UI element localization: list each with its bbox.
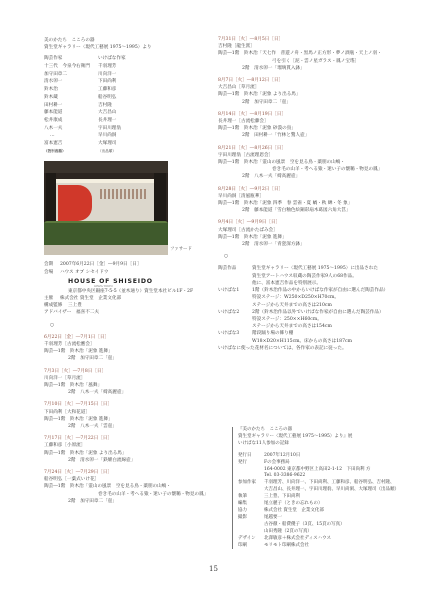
colophon-value: 尾立麗子（ときの忘れもの） [264, 501, 408, 508]
colophon-row-photography: 撮影 尾越要一 古谷徹・船費優子（3頁、15頁の写真） 山田秀隆（2頁の写真） [238, 515, 408, 536]
exhibition-title: 美のかたち こころの器 [44, 37, 209, 44]
colophon-line: 尾越要一 [264, 515, 408, 522]
supervisor-value: 三上豊 [68, 302, 209, 309]
facade-photo [44, 161, 168, 255]
note-line: 特設ステージ：W250×D250×H70cm。 [252, 294, 398, 301]
supervisor-row: 構成監修 三上豊 [44, 302, 209, 309]
schedule-floor2: 2階 加守田章二「壺」 [218, 99, 398, 106]
schedule-date: 8月28日［火］―9月2日［日］ [218, 186, 398, 193]
colophon-line: 古谷徹・船費優子（3頁、15頁の写真） [264, 522, 408, 529]
ceramic-artist: 八木一夫 [44, 125, 98, 133]
colophon-label: 発行 [238, 460, 264, 481]
schedule-artist: 長井理一［古流松藤会］ [218, 118, 398, 125]
photo-floor [44, 245, 168, 255]
supervisor-label: 構成監修 [44, 302, 68, 309]
schedule-floor2: 2階 八木一夫「綺高麗壺」 [218, 173, 398, 180]
colophon-value: 千羽理芳、川向洋一、下田尚利、工藤和彦、船谷明弘、吉村隆、 大吉昌山、長井理一、… [264, 480, 408, 494]
note-line: 1階（鈴木治作品の中からいけばな作家が自由に選んだ陶芸作品） [252, 287, 398, 294]
schedule-date: 7月24日［火］―7月29日［日］ [44, 469, 209, 476]
artist-list: 陶芸作家 いけばな作家 十三代 今泉今右衛門 千羽理芳 加守田章二 川向洋一 清… [44, 55, 209, 155]
schedule-artist: 宇田川理翁［古流理恩会］ [218, 152, 398, 159]
note-line: ステージから天井までの高さは154cm [252, 323, 398, 330]
colophon-title: 資生堂ギャラリー〈現代工藝展 1975〜1995〉より』展 [238, 434, 408, 441]
schedule-floor1: 陶芸―1階 鈴木治「霊山の風景 空を見る鳥・薬朋の山嶋・ [44, 483, 209, 490]
schedule-floor1: 陶芸―1階 鈴木治「泥象 より出る馬」 [44, 450, 209, 457]
note-line: 階段踊り場の飾り棚 [252, 330, 398, 337]
schedule-artist: 千羽理芳［古流松應会］ [44, 341, 209, 348]
ikebana-artist: 吉村隆 [98, 102, 158, 110]
ikebana-artist: 下田尚利 [98, 78, 158, 86]
venue-value: ハウス オブ シセイドウ [60, 269, 209, 276]
colophon-value: Fの会事務局 164-0002 東京都中野区上高田2-1-12 下田尚利 方 T… [264, 460, 408, 481]
note-line: 資生堂アートハウス収蔵の陶芸作家9人の68作品。 [252, 273, 398, 280]
colophon-line: 山田秀隆（2頁の写真） [264, 529, 408, 536]
photo-red-panel [58, 185, 92, 221]
schedule-artist: 船谷明弘［一葉式いけ花］ [44, 476, 209, 483]
ikebana-artist: 千羽理芳 [98, 63, 158, 71]
schedule-floor2: 2階 田村耕一「竹林と鷺人壺」 [218, 132, 398, 139]
photo-caption: ファサード [170, 246, 192, 252]
schedule-floor2: 2階 清水卯一「青瓷深方鉢」 [218, 241, 398, 248]
note-line: 資生堂ギャラリー〈現代工藝展 1975〜1995〉に出品された [252, 265, 398, 272]
ceramic-artist: 田村耕一 [44, 102, 98, 110]
colophon: 『美のかたち こころの器 資生堂ギャラリー〈現代工藝展 1975〜1995〉より… [232, 427, 408, 549]
note-ikebana-1: いけばな1 1階（鈴木治作品の中からいけばな作家が自由に選んだ陶芸作品） 特設ス… [218, 287, 398, 309]
ceramic-artist: 鈴木蔵 [44, 94, 98, 102]
ikebana-artist: 工藤和彦 [98, 86, 158, 94]
section-divider-circle: ○ [44, 322, 209, 329]
colophon-label: 印刷 [238, 543, 264, 550]
schedule-floor2: 2階 清水卯一「瑠璃貫入鉢」 [218, 65, 398, 72]
schedule-floor1: 陶芸―1階 鈴木治「泥象 四季 春 雲雀・夏 蝸・秋 蝉・冬 象」 [218, 200, 398, 207]
schedule-date: 8月14日［火］―8月19日［日］ [218, 111, 398, 118]
schedule-floor1: 陶芸―1階 鈴木治「泥象 砂漠の鳥」 [218, 125, 398, 132]
ikebana-artist: 大吉昌山 [98, 109, 158, 117]
schedule-floor2: 2階 加守田章二「壺」 [44, 355, 209, 362]
ceramic-artist: 十三代 今泉今右衛門 [44, 63, 98, 71]
schedule-entry: 7月10日［火］―7月15日［日］ 下田尚利［大和花道］ 陶芸―1階 鈴木治「泥… [44, 401, 209, 430]
schedule-artist: 下田尚利［大和花道］ [44, 409, 209, 416]
colophon-label: 発行日 [238, 453, 264, 460]
note-line: 他に、富本憲吉作品を特別展示。 [252, 280, 398, 287]
exhibition-subtitle: 資生堂ギャラリー〈現代工藝展 1975〜1995〉より [44, 44, 209, 51]
note-line: ステージから天井までの高さは210cm [252, 302, 398, 309]
colophon-row-design: デザイン 北澤敏彦＋株式会社ディスハウス [238, 536, 408, 543]
colophon-title: 『美のかたち こころの器 [238, 427, 408, 434]
ceramic-artist-special: 富本憲吉（特別出品） [44, 140, 98, 148]
note-line: W18×D20×H115cm。床からの高さは187cm [252, 338, 398, 345]
schedule-entry: 7月3日［火］―7月8日［日］ 川向洋一［草月流］ 陶芸―1階 鈴木治「風舞」 … [44, 368, 209, 397]
ceramic-artist: 松井康成 [44, 117, 98, 125]
footnote: いけばなに使った花材名については、各作家の表記に従った。 [218, 345, 398, 352]
note-text: 資生堂ギャラリー〈現代工藝展 1975〜1995〉に出品された 資生堂アートハウ… [252, 265, 398, 287]
colophon-value: 尾越要一 古谷徹・船費優子（3頁、15頁の写真） 山田秀隆（2頁の写真） [264, 515, 408, 536]
colophon-row-artists: 参加作家 千羽理芳、川向洋一、下田尚利、工藤和彦、船谷明弘、吉村隆、 大吉昌山、… [238, 480, 408, 494]
schedule-artist: 吉村隆［龍生派］ [218, 43, 398, 50]
ceramic-artist: 鈴木治 [44, 86, 98, 94]
ikebana-artist: 長井理一 [98, 117, 158, 125]
left-column: 美のかたち こころの器 資生堂ギャラリー〈現代工藝展 1975〜1995〉より … [44, 37, 209, 505]
period-value: 2007年6月22日［金］―9月9日［日］ [60, 261, 209, 268]
ellipsis: … [44, 132, 98, 140]
colophon-row-editing: 編集 尾立麗子（ときの忘れもの） [238, 501, 408, 508]
venue-row: 会場 ハウス オブ シセイドウ [44, 269, 209, 276]
ceramic-artist: 清水卯一 [44, 78, 98, 86]
period-row: 会期 2007年6月22日［金］―9月9日［日］ [44, 261, 209, 268]
schedule-entry: 7月24日［火］―7月29日［日］ 船谷明弘［一葉式いけ花］ 陶芸―1階 鈴木治… [44, 469, 209, 505]
note-label: 陶芸作品 [218, 265, 252, 287]
colophon-row-publisher: 発行 Fの会事務局 164-0002 東京都中野区上高田2-1-12 下田尚利 … [238, 460, 408, 481]
colophon-value: モリモト印刷株式会社 [264, 543, 408, 550]
colophon-value: 北澤敏彦＋株式会社ディスハウス [264, 536, 408, 543]
colophon-row-cooperation: 協力 株式会社 資生堂 企業文化部 [238, 508, 408, 515]
schedule-floor1: 陶芸―1階 鈴木治「泥象 進舞」 [44, 348, 209, 355]
schedule-floor2: 2階 八木一夫「綺高麗壺」 [44, 389, 209, 396]
schedule-floor2: 2階 藤本能道「雪白釉色絵銅彩扇木葛図六角大筥」 [218, 207, 398, 214]
note-ikebana-2: いけばな2 2階（鈴木治作品以外でいけばな作家が自由に選んだ陶芸作品） 特設ステ… [218, 309, 398, 331]
ceramic-order-note: （五十音順） [44, 148, 98, 156]
organizer-value: 株式会社 資生堂 企業文化部 [60, 295, 209, 302]
ceramic-header: 陶芸作家 [44, 55, 98, 63]
ikebana-artist: 宇田川理翁 [98, 125, 158, 133]
colophon-line: Fの会事務局 [264, 460, 408, 467]
colophon-row-date: 発行日 2007年12月10日 [238, 453, 408, 460]
schedule-artist: 工藤和彦［小原流］ [44, 442, 209, 449]
ceramic-artist: 加守田章二 [44, 71, 98, 79]
colophon-title: いけばな11人参加の記録 [238, 441, 408, 448]
schedule-date: 7月17日［火］―7月22日［日］ [44, 435, 209, 442]
schedule-entry: 9月4日［火］―9月9日［日］ 大塚理司［古流かたばみ会］ 陶芸―1階 鈴木治「… [218, 219, 398, 248]
venue-label: 会場 [44, 269, 60, 276]
organizer-row: 主催 株式会社 資生堂 企業文化部 [44, 295, 209, 302]
schedule-entry: 6月22日［金］―7月1日［日］ 千羽理芳［古流松應会］ 陶芸―1階 鈴木治「泥… [44, 334, 209, 363]
schedule-floor2: 2階 加守田章二「壺」 [44, 498, 209, 505]
note-ceramics: 陶芸作品 資生堂ギャラリー〈現代工藝展 1975〜1995〉に出品された 資生堂… [218, 265, 398, 287]
photo-sign [100, 189, 146, 199]
colophon-value: 株式会社 資生堂 企業文化部 [264, 508, 408, 515]
note-text: 2階（鈴木治作品以外でいけばな作家が自由に選んだ陶芸作品） 特設ステージ：250… [252, 309, 398, 331]
colophon-label: 編集 [238, 501, 264, 508]
schedule-floor1: 陶芸―1階 鈴木治「泥象 より出る馬」 [218, 91, 398, 98]
schedule-floor1: 陶芸―1階 鈴木治「泥象 進舞」 [44, 416, 209, 423]
schedule-floor1: 陶芸―1階 鈴木治「霊山の風景 空を見る鳥・薬朋の山嶋・ [218, 159, 398, 166]
advisor-row: アドバイザー 福喜不二夫 [44, 309, 209, 316]
schedule-floor2: 2階 八木一夫「雲壺」 [44, 423, 209, 430]
photo-hedge [44, 223, 168, 245]
note-label: いけばな1 [218, 287, 252, 309]
exhibition-notes: 陶芸作品 資生堂ギャラリー〈現代工藝展 1975〜1995〉に出品された 資生堂… [218, 265, 398, 351]
ikebana-artist: 大塚理司 [98, 140, 158, 148]
advisor-value: 福喜不二夫 [76, 309, 209, 316]
right-column: 7月31日［火］―8月5日［日］ 吉村隆［龍生派］ 陶芸―1階 鈴木治「天七作 … [218, 36, 398, 352]
colophon-row-printing: 印刷 モリモト印刷株式会社 [238, 543, 408, 550]
note-line: 特設ステージ：250××H60cm。 [252, 316, 398, 323]
colophon-label: 協力 [238, 508, 264, 515]
ceramic-artist-name: 富本憲吉 [44, 140, 98, 148]
address: 東京都中央区銀座7-5-5（並木通り）資生堂本社ビル1F・2F [44, 288, 209, 295]
photo-light [56, 179, 154, 183]
schedule-entry: 8月14日［火］―8月19日［日］ 長井理一［古流松藤会］ 陶芸―1階 鈴木治「… [218, 111, 398, 140]
schedule-date: 7月10日［火］―7月15日［日］ [44, 401, 209, 408]
schedule-entry: 8月28日［火］―9月2日［日］ 早川尚洞［清風瓶華］ 陶芸―1階 鈴木治「泥象… [218, 186, 398, 215]
schedule-floor2: 2階 清水卯一「鉄燿白流線壺」 [44, 457, 209, 464]
schedule-floor1: 陶芸―1階 鈴木治「風舞」 [44, 382, 209, 389]
note-line: 2階（鈴木治作品以外でいけばな作家が自由に選んだ陶芸作品） [252, 309, 398, 316]
schedule-floor1-cont: 弓を引く［泥・雲ノ星ガラス・鳳ノ宝瑤］ [218, 58, 398, 65]
schedule-artist: 大吉昌山［草月流］ [218, 84, 398, 91]
schedule-floor1: 陶芸―1階 鈴木治「泥象 進舞」 [218, 234, 398, 241]
schedule-date: 7月3日［火］―7月8日［日］ [44, 368, 209, 375]
schedule-artist: 川向洋一［草月流］ [44, 375, 209, 382]
period-label: 会期 [44, 261, 60, 268]
schedule-date: 8月7日［火］―8月12日［日］ [218, 77, 398, 84]
note-text: 1階（鈴木治作品の中からいけばな作家が自由に選んだ陶芸作品） 特設ステージ：W2… [252, 287, 398, 309]
schedule-date: 7月31日［火］―8月5日［日］ [218, 36, 398, 43]
ikebana-header: いけばな作家 [98, 55, 158, 63]
schedule-date: 6月22日［金］―7月1日［日］ [44, 334, 209, 341]
page-number: 15 [209, 565, 218, 573]
schedule-entry: 8月7日［火］―8月12日［日］ 大吉昌山［草月流］ 陶芸―1階 鈴木治「泥象 … [218, 77, 398, 106]
note-label: いけばな2 [218, 309, 252, 331]
colophon-label: デザイン [238, 536, 264, 543]
advisor-label: アドバイザー [44, 309, 76, 316]
ikebana-artist: 川向洋一 [98, 71, 158, 79]
schedule-entry: 8月21日［火］―8月26日［日］ 宇田川理翁［古流理恩会］ 陶芸―1階 鈴木治… [218, 145, 398, 181]
ikebana-order-note: （出品順） [98, 148, 158, 156]
colophon-label: 撮影 [238, 515, 264, 536]
venue-info: 会期 2007年6月22日［金］―9月9日［日］ 会場 ハウス オブ シセイドウ… [44, 261, 209, 316]
house-of-shiseido-logo: HOUSE OF SHISEIDO [68, 278, 209, 285]
schedule-floor1-cont: 巻き毛の山羊・考へる猿・迷い子の懐鵜・物見の鳳」 [44, 491, 209, 498]
organizer-label: 主催 [44, 295, 60, 302]
schedule-artist: 大塚理司［古流かたばみ会］ [218, 227, 398, 234]
colophon-value: 2007年12月10日 [264, 453, 408, 460]
schedule-artist: 早川尚洞［清風瓶華］ [218, 193, 398, 200]
photo-ceiling [44, 161, 168, 173]
schedule-floor1: 陶芸―1階 鈴木治「天七作 普遊ノ舟・黒馬ノ正方形・夢ノ酒瓶・天上ノ羽・ [218, 50, 398, 57]
ikebana-artist: 早川尚洞 [98, 132, 158, 140]
ceramic-artist: 藤本能道 [44, 109, 98, 117]
section-divider-circle: ○ [218, 253, 398, 260]
note-label: いけばな3 [218, 330, 252, 344]
schedule-date: 8月21日［火］―8月26日［日］ [218, 145, 398, 152]
note-text: 階段踊り場の飾り棚 W18×D20×H115cm。床からの高さは187cm [252, 330, 398, 344]
schedule-entry: 7月31日［火］―8月5日［日］ 吉村隆［龍生派］ 陶芸―1階 鈴木治「天七作 … [218, 36, 398, 72]
ikebana-artist: 船谷明弘 [98, 94, 158, 102]
note-ikebana-3: いけばな3 階段踊り場の飾り棚 W18×D20×H115cm。床からの高さは18… [218, 330, 398, 344]
schedule-date: 9月4日［火］―9月9日［日］ [218, 219, 398, 226]
colophon-label: 参加作家 [238, 480, 264, 494]
schedule-floor1-cont: 巻き毛の山羊・考へる猿・迷い子の懐鵜・物見の鳳」 [218, 166, 398, 173]
schedule-entry: 7月17日［火］―7月22日［日］ 工藤和彦［小原流］ 陶芸―1階 鈴木治「泥象… [44, 435, 209, 464]
